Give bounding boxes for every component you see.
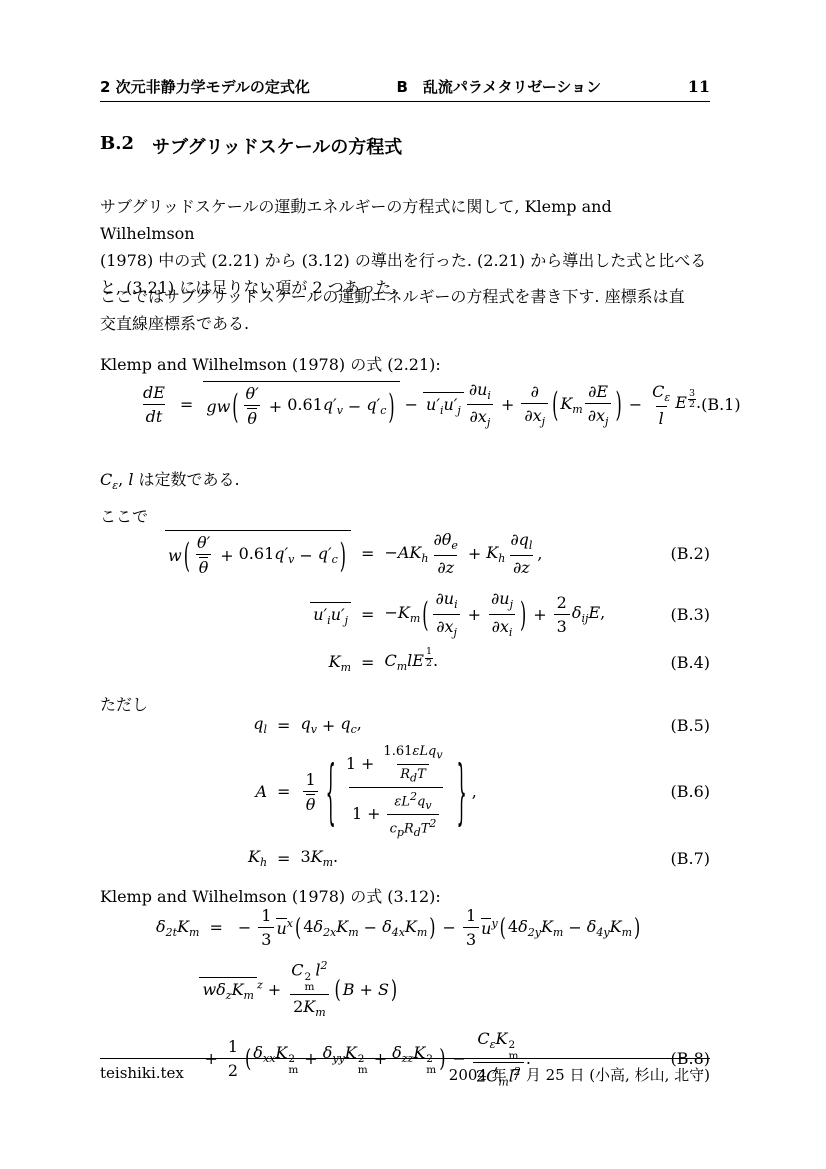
parenthesis: ) [429, 913, 435, 942]
parenthesis: ( [232, 386, 238, 426]
equation-label-b1: (B.1) [701, 395, 741, 414]
equals-sign: = [170, 395, 203, 414]
header-left-title: 2 次元非静力学モデルの定式化 [100, 76, 310, 97]
paragraph-line: サブグリッドスケールの運動エネルギーの方程式に関して, Klemp and Wi… [100, 193, 710, 247]
header-center-title: B 乱流パラメタリゼーション [397, 76, 602, 97]
note-constants: Cε, l は定数である. [100, 467, 710, 492]
equation-rhs: −Km ( ∂ui∂xj + ∂uj∂xi ) + 23 δijE, [384, 589, 605, 639]
equations-b5-b7: ql = qv + qc, (B.5) A = 1θ { 1+1.61εLqvR… [248, 714, 710, 870]
equation-label-b2: (B.2) [670, 544, 710, 563]
bar-over-symbol: θ [306, 794, 316, 814]
fraction: εL2qvcpRdT2 [387, 790, 440, 839]
overline-term: w ( θ′θ + 0.61q′v − q′c ) [165, 530, 351, 577]
equals-sign: = [267, 782, 300, 801]
document-page: 2 次元非静力学モデルの定式化 B 乱流パラメタリゼーション 11 B.2 サブ… [0, 0, 826, 1169]
bar-over-symbol: u [276, 918, 286, 938]
parenthesis: ( [184, 535, 190, 575]
fraction: ∂ql∂z [507, 530, 535, 577]
bar-over-symbol: u [481, 918, 491, 938]
fraction: ∂uj∂xi [488, 589, 516, 639]
fraction: 23 [554, 593, 570, 636]
page-footer: teishiki.tex 2004 年 7 月 25 日 (小高, 杉山, 北守… [100, 1064, 710, 1085]
equation-lhs: Km [329, 652, 351, 674]
paragraph-line: (1978) 中の式 (2.21) から (3.12) の導出を行った. (2.… [100, 247, 710, 274]
overline-term: gw ( θ′θ + 0.61q′v − q′c ) [203, 381, 399, 428]
fraction: ∂ui∂xj [433, 589, 461, 639]
fraction: dEdt [140, 383, 168, 426]
equation-rhs: −AKh ∂θe∂z + Kh ∂ql∂z , [384, 530, 542, 577]
bar-over-symbol: θ [247, 408, 257, 428]
footer-rule [100, 1058, 710, 1059]
equation-rhs: 3Km. [300, 847, 338, 869]
eq-312-intro: Klemp and Wilhelmson (1978) の式 (3.12): [100, 884, 710, 907]
parenthesis: ) [634, 913, 640, 942]
parenthesis: ) [615, 385, 621, 425]
equation-continuation: wδzKmz + C2ml22Km ( B + S ) [199, 959, 399, 1019]
equation-label-b6: (B.6) [670, 782, 710, 801]
equals-sign: = [351, 653, 384, 672]
equation-label-b5: (B.5) [670, 716, 710, 735]
equation-rhs: qv + qc, [300, 714, 361, 736]
parenthesis: ) [520, 594, 526, 634]
equation-lhs: δ2tKm [156, 917, 199, 939]
footer-date-authors: 2004 年 7 月 25 日 (小高, 杉山, 北守) [449, 1064, 710, 1085]
parenthesis: ) [391, 975, 397, 1004]
fraction: 13 [258, 906, 274, 949]
parenthesis: ( [335, 975, 341, 1004]
sub-sup-stack: 2m [304, 972, 314, 993]
equation-rhs: CmlE12. [384, 651, 438, 675]
parenthesis: ) [340, 535, 346, 575]
brace: } [457, 750, 467, 834]
page-header: 2 次元非静力学モデルの定式化 B 乱流パラメタリゼーション 11 [100, 76, 710, 97]
equation-lhs: dEdt [138, 383, 170, 426]
eq-221-intro: Klemp and Wilhelmson (1978) の式 (2.21): [100, 352, 710, 375]
section-title: サブグリッドスケールの方程式 [152, 133, 402, 159]
fraction: θ′θ [194, 533, 213, 577]
equation-lhs: w ( θ′θ + 0.61q′v − q′c ) [165, 530, 351, 577]
fraction: θ′θ [243, 384, 262, 428]
equation-rhs: 1θ { 1+1.61εLqvRdT 1+εL2qvcpRdT2 } , [300, 744, 476, 839]
parenthesis: ) [388, 386, 394, 426]
paragraph-line: 交直線座標系である. [100, 310, 710, 337]
parenthesis: ( [552, 385, 558, 425]
equals-sign: = [199, 918, 232, 937]
fraction: ∂ui∂xj [466, 380, 494, 430]
section-number: B.2 [100, 133, 134, 159]
parenthesis: ( [295, 913, 301, 942]
fraction: ∂θe∂z [430, 530, 460, 577]
overline-term: wδzKm [199, 977, 257, 1002]
text-kokode: ここで [100, 504, 710, 527]
equation-lhs: Kh [248, 847, 267, 869]
fraction: Cεl [649, 382, 673, 429]
equations-b2-b4: w ( θ′θ + 0.61q′v − q′c ) = −AKh ∂θe∂z +… [165, 530, 710, 675]
overline-term: u′iu′j [310, 602, 351, 627]
parenthesis: ( [500, 913, 506, 942]
fraction: 1.61εLqvRdT [380, 744, 445, 785]
fraction: ∂E∂xj [585, 382, 612, 429]
equation-b1: dEdt = gw ( θ′θ + 0.61q′v − q′c ) − u′iu… [138, 380, 710, 430]
section-heading: B.2 サブグリッドスケールの方程式 [100, 133, 710, 159]
equation-label-b7: (B.7) [670, 849, 710, 868]
equation-lhs: A [255, 782, 267, 801]
equation-rhs: gw ( θ′θ + 0.61q′v − q′c ) − u′iu′j ∂ui∂… [203, 380, 701, 430]
equals-sign: = [351, 544, 384, 563]
fraction: C2ml22Km [288, 959, 330, 1019]
footer-filename: teishiki.tex [100, 1064, 184, 1085]
brace: { [326, 750, 336, 834]
overline-term: u′iu′j [423, 392, 464, 417]
exponent-fraction: 32 [688, 389, 696, 411]
equation-lhs: ql [253, 714, 267, 736]
paragraph-2: ここではサブグリッドスケールの運動エネルギーの方程式を書き下す. 座標系は直 交… [100, 283, 710, 337]
text-tadashi: ただし [100, 692, 710, 715]
header-rule [100, 101, 710, 102]
paragraph-line: ここではサブグリッドスケールの運動エネルギーの方程式を書き下す. 座標系は直 [100, 283, 710, 310]
equals-sign: = [351, 605, 384, 624]
equation-b8: δ2tKm = − 13 ux ( 4δ2xKm − δ4xKm ) − 13 … [156, 906, 710, 1089]
equation-label-b3: (B.3) [670, 605, 710, 624]
header-page-number: 11 [688, 77, 710, 96]
equation-lhs: u′iu′j [310, 602, 351, 627]
equation-rhs: − 13 ux ( 4δ2xKm − δ4xKm ) − 13 uy ( 4δ2… [233, 906, 642, 949]
equals-sign: = [267, 716, 300, 735]
equation-label-b4: (B.4) [670, 653, 710, 672]
bar-over-symbol: θ [199, 557, 209, 577]
fraction: 1+1.61εLqvRdT 1+εL2qvcpRdT2 [343, 744, 450, 839]
equals-sign: = [267, 849, 300, 868]
fraction: 1θ [302, 770, 318, 814]
fraction: ∂∂xj [521, 382, 548, 429]
fraction: 13 [463, 906, 479, 949]
parenthesis: ( [422, 594, 428, 634]
exponent-fraction: 12 [425, 647, 433, 669]
